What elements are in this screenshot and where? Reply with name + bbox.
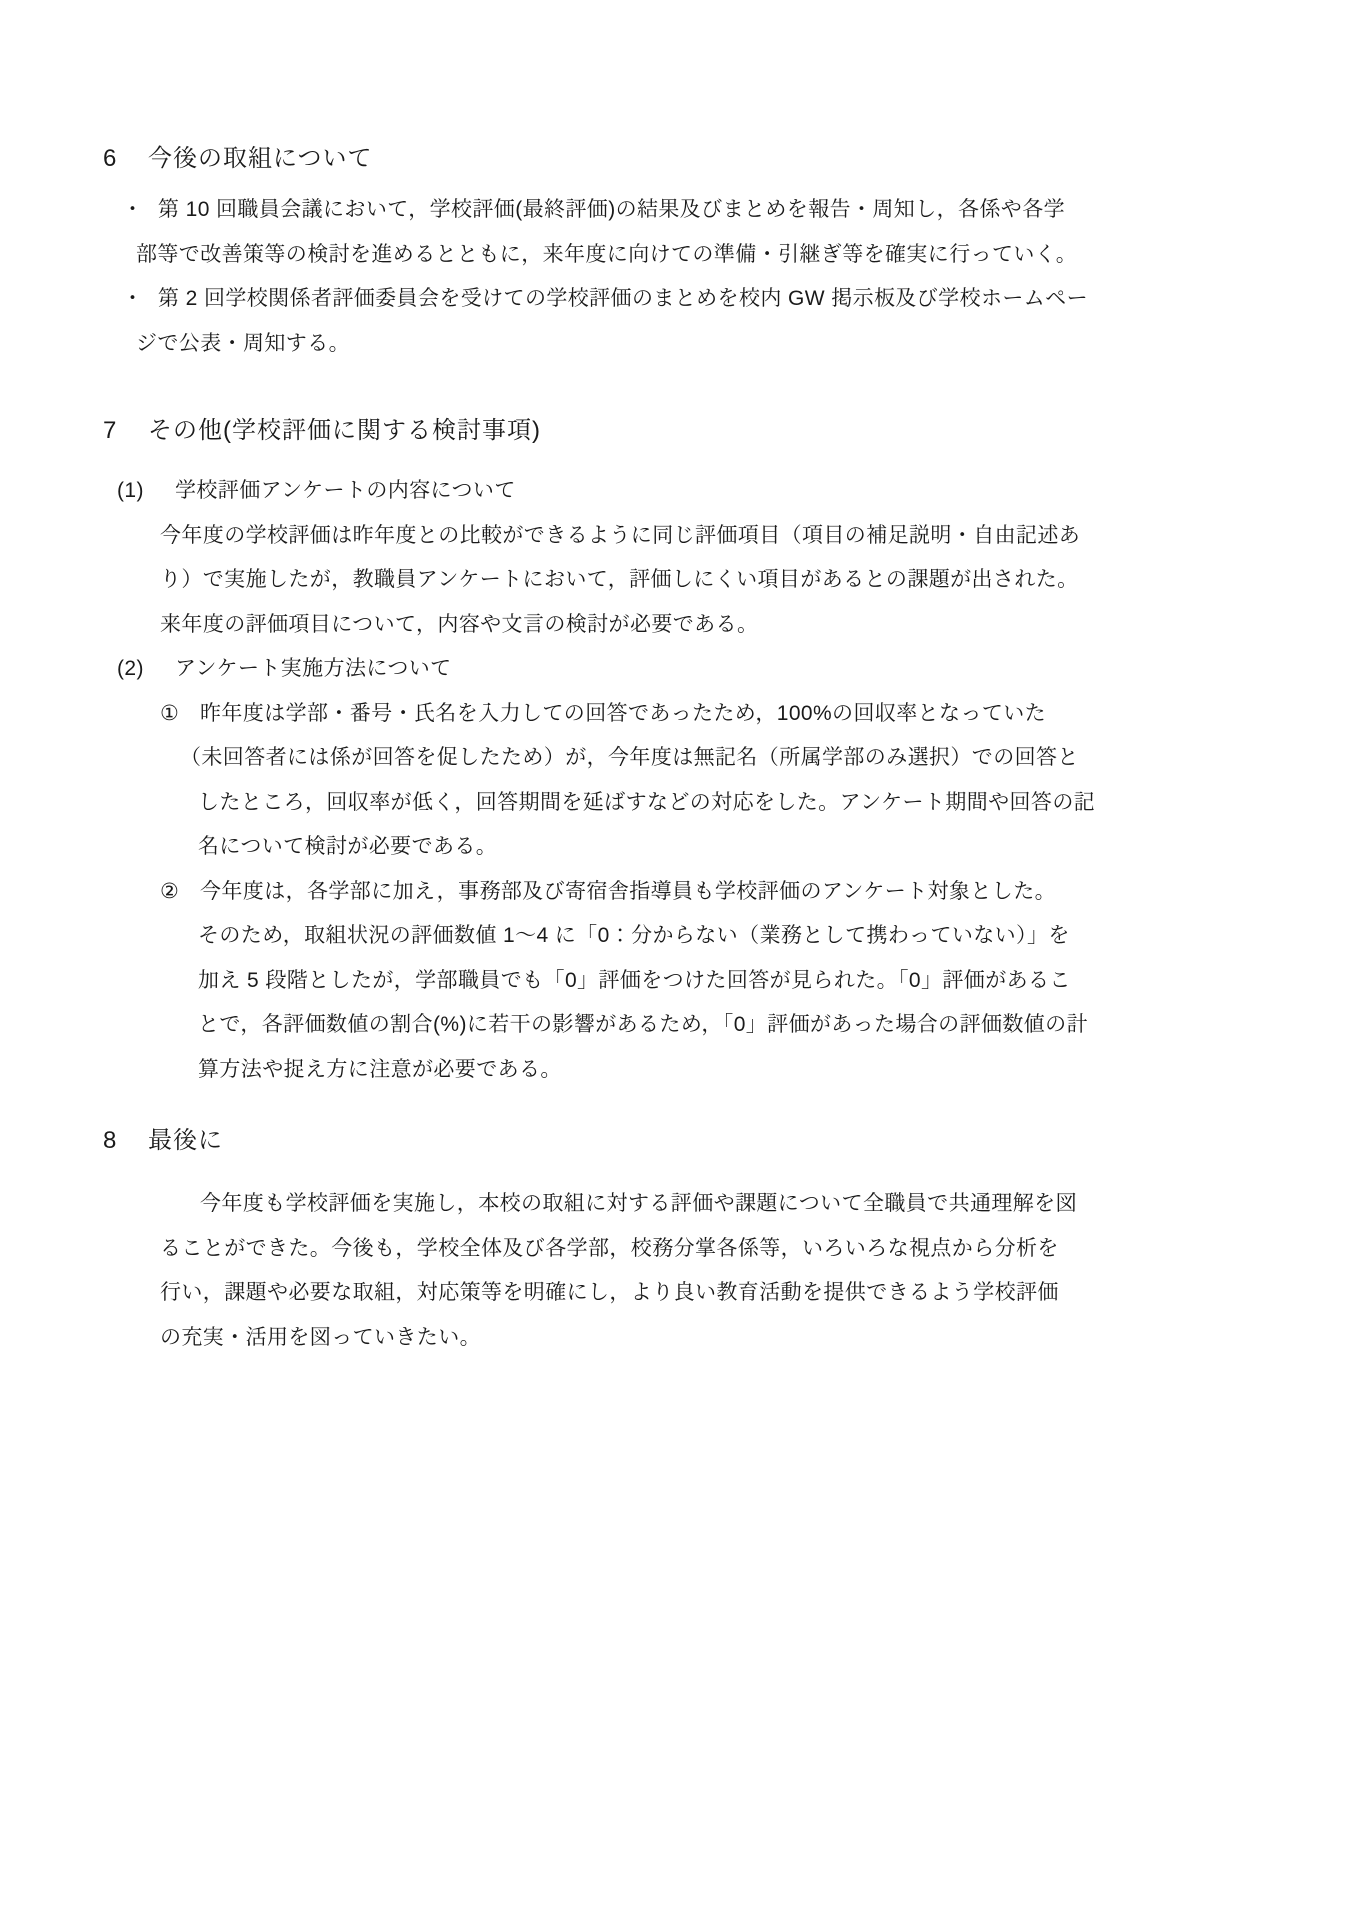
bullet-item-line: ・第 10 回職員会議において，学校評価(最終評価)の結果及びまとめを報告・周知… — [103, 188, 1298, 233]
section-8-number: 8 — [103, 1124, 148, 1158]
circled-item-1-text: 昨年度は学部・番号・氏名を入力しての回答であったため，100%の回収率となってい… — [200, 702, 1046, 725]
numbered-item-2-heading: (2)アンケート実施方法について — [103, 647, 1298, 692]
section-6-number: 6 — [103, 142, 148, 176]
bullet-item-line: 部等で改善策等の検討を進めるとともに，来年度に向けての準備・引継ぎ等を確実に行っ… — [103, 233, 1298, 278]
circled-item-2-line: とで，各評価数値の割合(%)に若干の影響があるため，「0」評価があった場合の評価… — [103, 1003, 1298, 1048]
paragraph-line: 今年度の学校評価は昨年度との比較ができるように同じ評価項目（項目の補足説明・自由… — [103, 514, 1298, 559]
numbered-item-2-title: アンケート実施方法について — [175, 657, 452, 680]
circled-item-2-line: ②今年度は，各学部に加え，事務部及び寄宿舎指導員も学校評価のアンケート対象とした… — [103, 870, 1298, 915]
section-8-heading: 8最後に — [103, 1124, 1298, 1158]
closing-paragraph-line: 行い，課題や必要な取組，対応策等を明確にし，より良い教育活動を提供できるよう学校… — [103, 1271, 1298, 1316]
document-page: 6今後の取組について ・第 10 回職員会議において，学校評価(最終評価)の結果… — [0, 0, 1358, 1920]
bullet-text: 第 10 回職員会議において，学校評価(最終評価)の結果及びまとめを報告・周知し… — [158, 198, 1065, 221]
circled-item-2-line: 加え 5 段階としたが，学部職員でも「0」評価をつけた回答が見られた。「0」評価… — [103, 959, 1298, 1004]
bullet-item-line: ジで公表・周知する。 — [103, 322, 1298, 367]
circled-item-2-line: 算方法や捉え方に注意が必要である。 — [103, 1048, 1298, 1093]
circled-2-icon: ② — [160, 870, 200, 915]
section-7-heading: 7その他(学校評価に関する検討事項) — [103, 414, 1298, 448]
numbered-item-2-marker: (2) — [117, 647, 175, 692]
section-7-number: 7 — [103, 414, 148, 448]
closing-paragraph-line: ることができた。今後も，学校全体及び各学部，校務分掌各係等，いろいろな視点から分… — [103, 1227, 1298, 1272]
section-6-heading: 6今後の取組について — [103, 142, 1298, 176]
paragraph-line: り）で実施したが，教職員アンケートにおいて，評価しにくい項目があるとの課題が出さ… — [103, 558, 1298, 603]
section-8-title: 最後に — [148, 1127, 223, 1154]
closing-paragraph-line: の充実・活用を図っていきたい。 — [103, 1316, 1298, 1361]
circled-item-1-line: （未回答者には係が回答を促したため）が，今年度は無記名（所属学部のみ選択）での回… — [103, 736, 1298, 781]
circled-item-2-text: 今年度は，各学部に加え，事務部及び寄宿舎指導員も学校評価のアンケート対象とした。 — [200, 880, 1056, 903]
section-7-title: その他(学校評価に関する検討事項) — [148, 417, 541, 444]
closing-paragraph-line: 今年度も学校評価を実施し，本校の取組に対する評価や課題について全職員で共通理解を… — [103, 1182, 1298, 1227]
section-6-body: ・第 10 回職員会議において，学校評価(最終評価)の結果及びまとめを報告・周知… — [103, 188, 1298, 366]
bullet-icon: ・ — [122, 277, 158, 322]
document-content: 6今後の取組について ・第 10 回職員会議において，学校評価(最終評価)の結果… — [0, 142, 1358, 1360]
section-6-title: 今後の取組について — [148, 145, 373, 172]
circled-1-icon: ① — [160, 692, 200, 737]
bullet-item-line: ・第 2 回学校関係者評価委員会を受けての学校評価のまとめを校内 GW 掲示板及… — [103, 277, 1298, 322]
bullet-icon: ・ — [122, 188, 158, 233]
numbered-item-1-title: 学校評価アンケートの内容について — [175, 479, 516, 502]
section-8-body: 今年度も学校評価を実施し，本校の取組に対する評価や課題について全職員で共通理解を… — [103, 1182, 1298, 1360]
circled-item-2-line: そのため，取組状況の評価数値 1～4 に「0：分からない（業務として携わっていな… — [103, 914, 1298, 959]
circled-item-1-line: ①昨年度は学部・番号・氏名を入力しての回答であったため，100%の回収率となって… — [103, 692, 1298, 737]
circled-item-1-line: したところ，回収率が低く，回答期間を延ばすなどの対応をした。アンケート期間や回答… — [103, 781, 1298, 826]
numbered-item-1-marker: (1) — [117, 469, 175, 514]
section-7-body: (1)学校評価アンケートの内容について 今年度の学校評価は昨年度との比較ができる… — [103, 469, 1298, 1092]
numbered-item-1-heading: (1)学校評価アンケートの内容について — [103, 469, 1298, 514]
circled-item-1-line: 名について検討が必要である。 — [103, 825, 1298, 870]
paragraph-line: 来年度の評価項目について，内容や文言の検討が必要である。 — [103, 603, 1298, 648]
bullet-text: 第 2 回学校関係者評価委員会を受けての学校評価のまとめを校内 GW 掲示板及び… — [158, 287, 1088, 310]
